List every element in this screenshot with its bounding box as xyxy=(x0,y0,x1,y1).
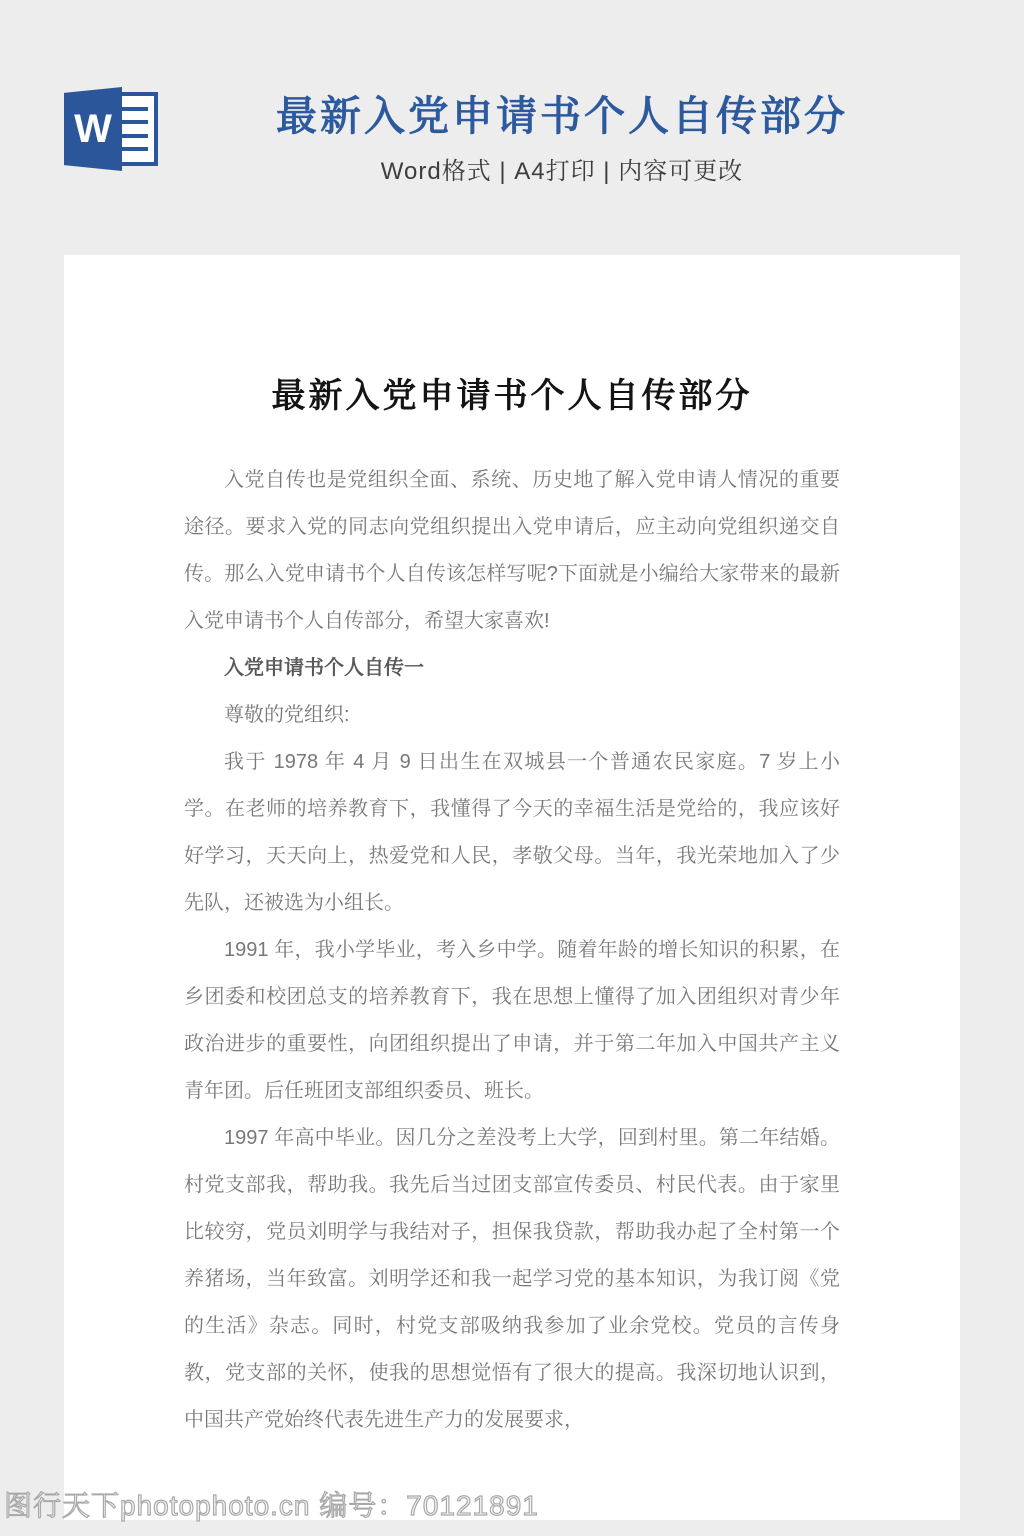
paragraph-section-heading: 入党申请书个人自传一 xyxy=(184,645,840,692)
document-page: 最新入党申请书个人自传部分 入党自传也是党组织全面、系统、历史地了解入党申请人情… xyxy=(64,255,960,1520)
paragraph-1978: 我于 1978 年 4 月 9 日出生在双城县一个普通农民家庭。7 岁上小学。在… xyxy=(184,739,840,927)
document-body: 入党自传也是党组织全面、系统、历史地了解入党申请人情况的重要途径。要求入党的同志… xyxy=(184,457,840,1444)
template-subtitle: Word格式 | A4打印 | 内容可更改 xyxy=(100,151,1024,186)
document-title: 最新入党申请书个人自传部分 xyxy=(184,368,840,417)
paragraph-1991: 1991 年，我小学毕业，考入乡中学。随着年龄的增长知识的积累，在乡团委和校团总… xyxy=(184,927,840,1115)
preview-header: W 最新入党申请书个人自传部分 Word格式 | A4打印 | 内容可更改 xyxy=(0,0,1024,255)
site-watermark: 图行天下photophoto.cn 编号：70121891 xyxy=(4,1489,539,1523)
paragraph-intro: 入党自传也是党组织全面、系统、历史地了解入党申请人情况的重要途径。要求入党的同志… xyxy=(184,457,840,645)
header-text: 最新入党申请书个人自传部分 Word格式 | A4打印 | 内容可更改 xyxy=(100,94,1024,186)
paragraph-1997: 1997 年高中毕业。因几分之差没考上大学，回到村里。第二年结婚。村党支部我，帮… xyxy=(184,1115,840,1444)
template-title: 最新入党申请书个人自传部分 xyxy=(100,94,1024,139)
paragraph-salutation: 尊敬的党组织: xyxy=(184,692,840,739)
